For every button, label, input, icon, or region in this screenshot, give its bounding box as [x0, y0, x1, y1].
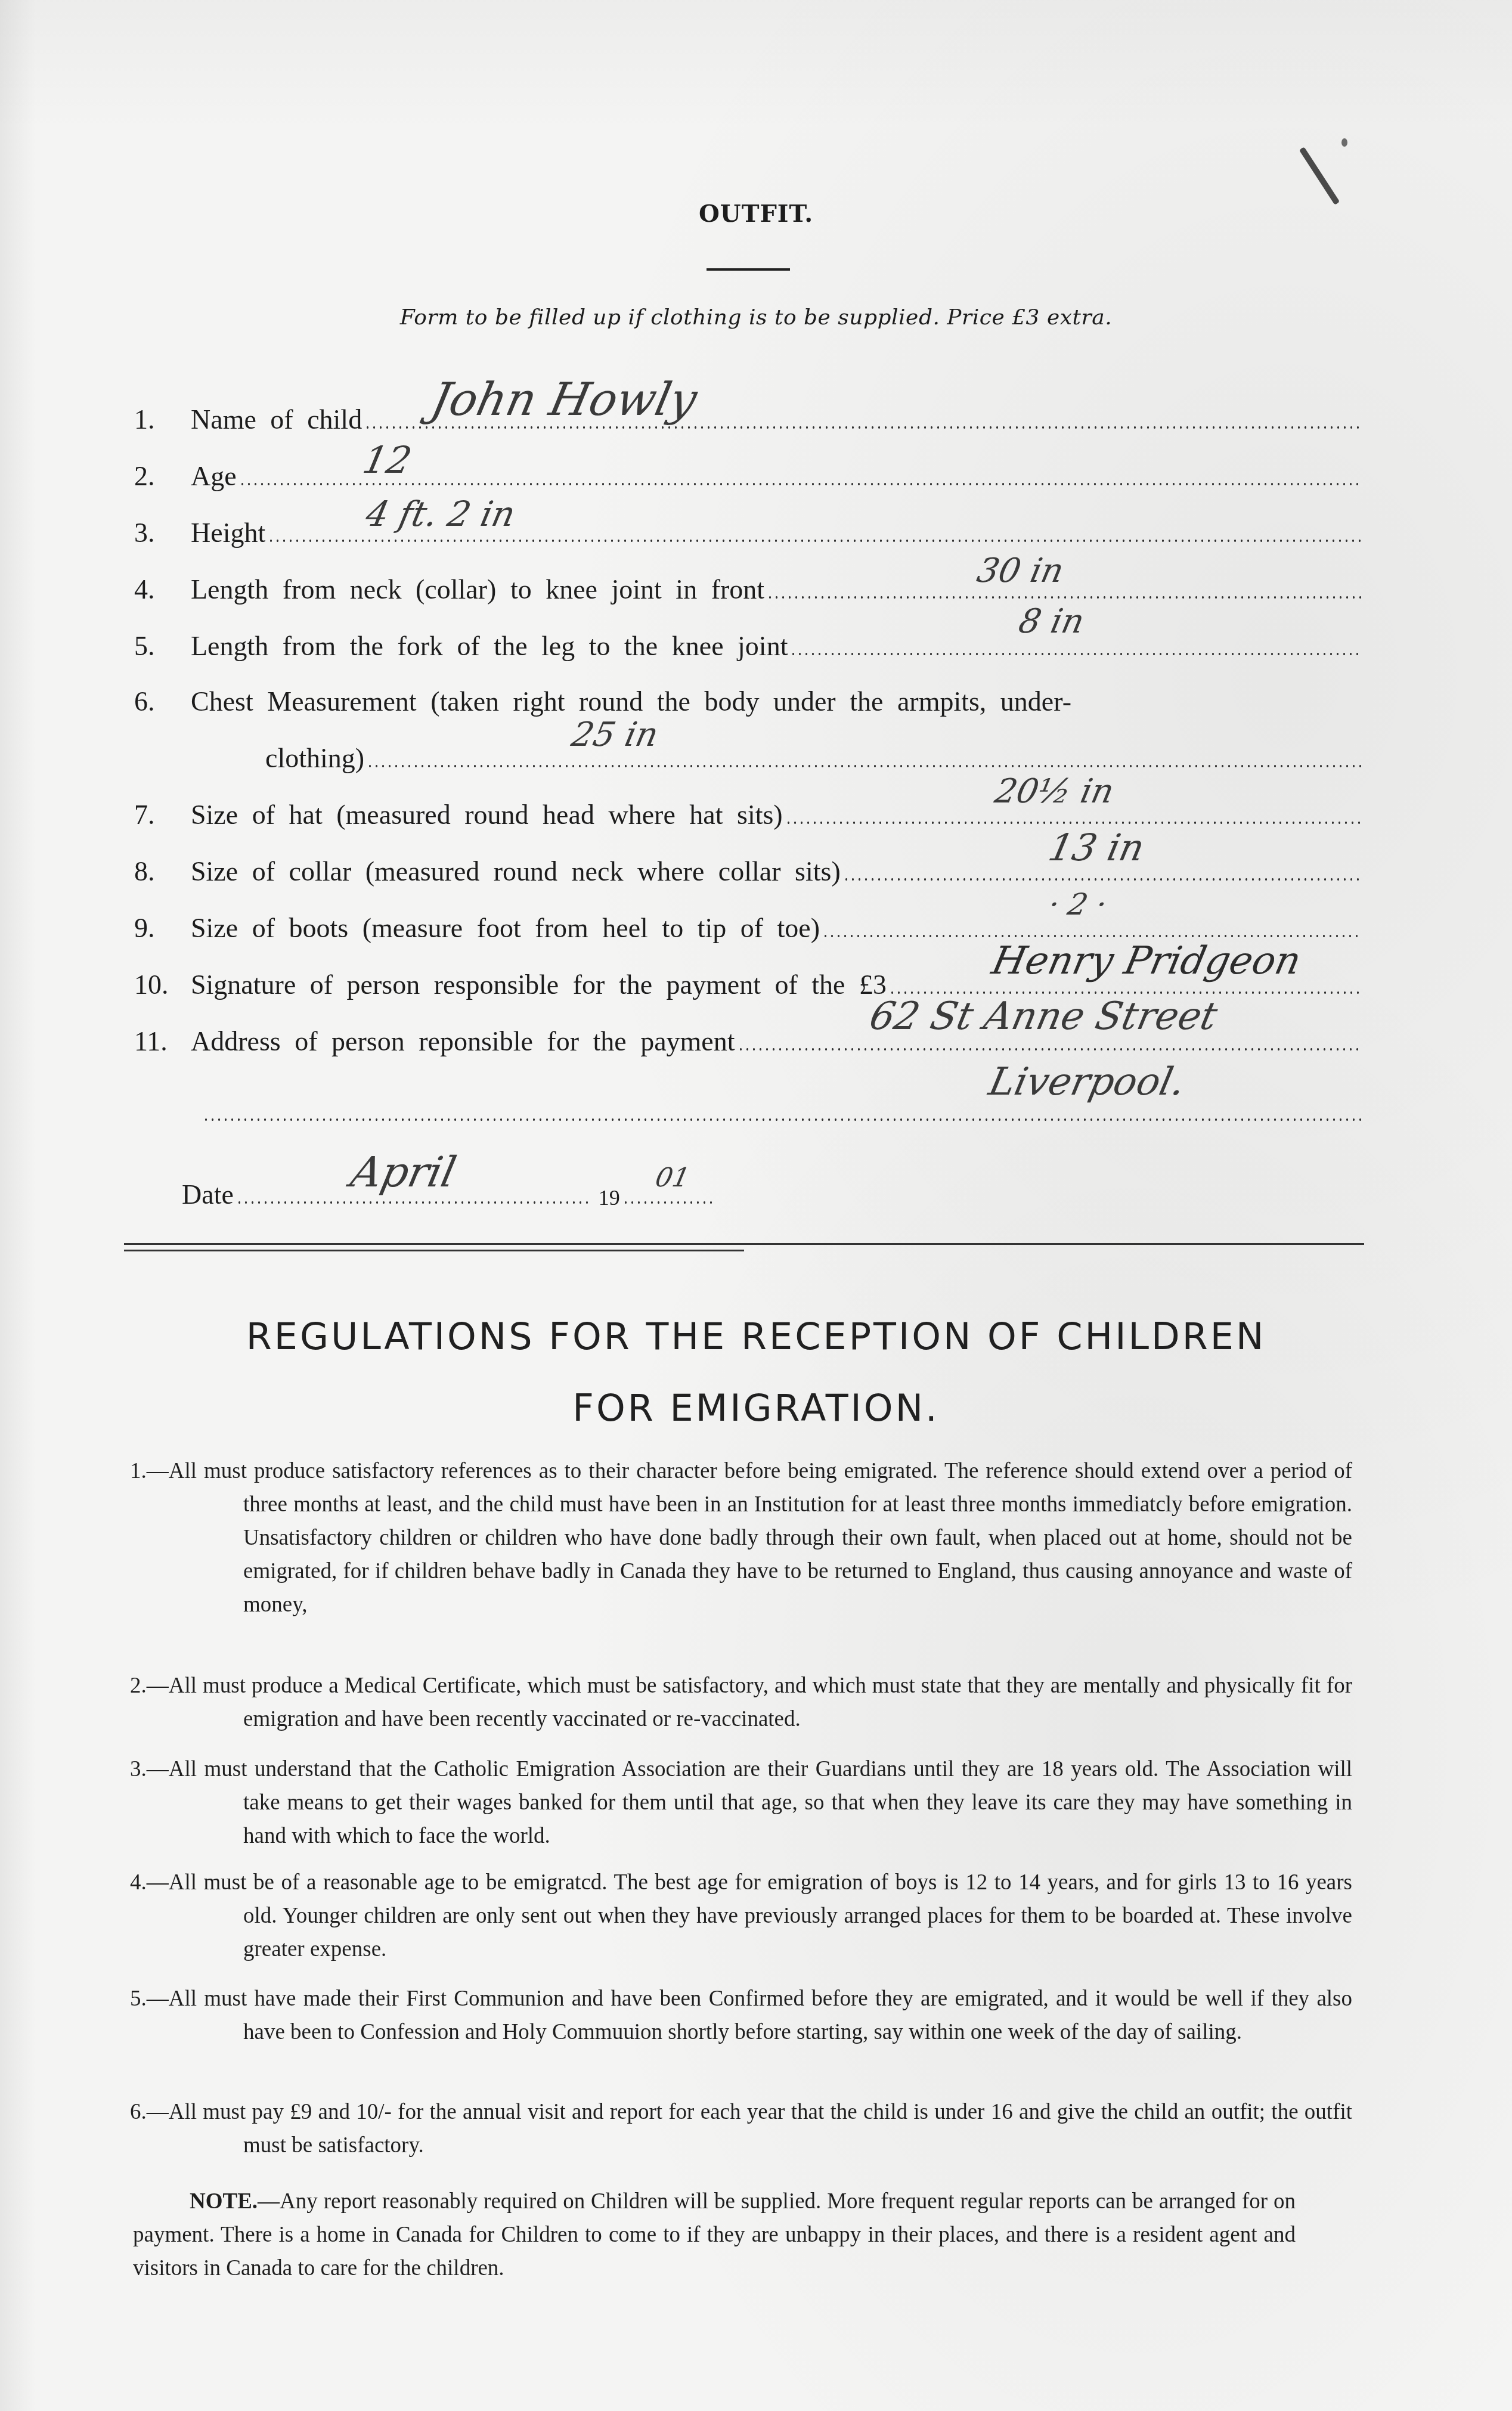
rule-text: All must have made their First Communion… [169, 1987, 1352, 2044]
field-name-of-child: 1. Name of child [134, 393, 1362, 435]
separator-rule [124, 1243, 1364, 1245]
handwritten-hat: 20½ in [992, 772, 1117, 811]
field-number: 4. [134, 574, 191, 605]
rule-number: 6. [130, 2100, 147, 2124]
field-height: 3. Height [134, 507, 1362, 548]
field-chest: 6. Chest Measurement (taken right round … [134, 675, 1362, 717]
field-label: Size of boots (measure foot from heel to… [191, 912, 820, 944]
handwritten-chest: 25 in [568, 715, 662, 754]
handwritten-date-year: 01 [653, 1163, 693, 1193]
field-neck-to-knee: 4. Length from neck (collar) to knee joi… [134, 563, 1362, 605]
regulations-note: NOTE.—Any report reasonably required on … [133, 2185, 1296, 2285]
field-label: Chest Measurement (taken right round the… [191, 686, 1071, 717]
regulation-rule-3: 3.—All must understand that the Catholic… [130, 1753, 1352, 1853]
dotted-line [239, 482, 1362, 486]
rule-text: All must pay £9 and 10/- for the annual … [169, 2100, 1352, 2158]
outfit-subtitle: Form to be filled up if clothing is to b… [0, 305, 1512, 330]
handwritten-name: John Howly [427, 373, 702, 426]
field-number: 1. [134, 404, 191, 435]
field-number: 2. [134, 460, 191, 492]
regulation-rule-6: 6.—All must pay £9 and 10/- for the annu… [130, 2096, 1352, 2162]
dotted-line [843, 878, 1362, 881]
note-text: Any report reasonably required on Childr… [133, 2189, 1296, 2280]
field-label: clothing) [265, 742, 364, 774]
separator-rule-short [124, 1250, 744, 1251]
field-chest-cont: clothing) [265, 732, 1362, 774]
field-label: Size of collar (measured round neck wher… [191, 856, 841, 887]
handwritten-address-line2: Liverpool. [985, 1060, 1189, 1104]
rule-text: All must produce satisfactory references… [169, 1459, 1352, 1617]
field-label: Address of person reponsible for the pay… [191, 1025, 735, 1057]
handwritten-signature: Henry Pridgeon [988, 939, 1305, 983]
dotted-line [822, 934, 1362, 938]
handwritten-address-line1: 62 St Anne Street [866, 994, 1221, 1039]
dotted-line [738, 1048, 1362, 1051]
rule-text: All must produce a Medical Certificate, … [169, 1674, 1352, 1731]
title-rule [707, 268, 790, 271]
rule-number: 1. [130, 1459, 147, 1483]
dotted-line [364, 426, 1362, 429]
rule-number: 3. [130, 1757, 147, 1781]
note-label: NOTE. [190, 2189, 258, 2214]
rule-number: 4. [130, 1870, 147, 1895]
regulation-rule-1: 1.—All must produce satisfactory referen… [130, 1455, 1352, 1622]
field-number: 8. [134, 856, 191, 887]
date-year-dotted-line [622, 1201, 712, 1204]
handwritten-height: 4 ft. 2 in [362, 494, 519, 534]
dotted-line [767, 596, 1362, 599]
regulation-rule-5: 5.—All must have made their First Commun… [130, 1982, 1352, 2049]
handwritten-boots: · 2 · [1046, 887, 1110, 922]
field-label: Height [191, 517, 265, 548]
regulation-rule-4: 4.—All must be of a reasonable age to be… [130, 1866, 1352, 1966]
field-number: 7. [134, 799, 191, 830]
handwritten-date-month: April [346, 1148, 460, 1197]
field-label: Size of hat (measured round head where h… [191, 799, 783, 830]
field-label: Length from the fork of the leg to the k… [191, 630, 788, 662]
rule-text: All must be of a reasonable age to be em… [169, 1870, 1352, 1961]
field-number: 9. [134, 912, 191, 944]
rule-number: 5. [130, 1987, 147, 2011]
regulations-heading: REGULATIONS FOR THE RECEPTION OF CHILDRE… [0, 1315, 1512, 1358]
field-label: Signature of person responsible for the … [191, 969, 887, 1000]
field-number: 3. [134, 517, 191, 548]
regulation-rule-2: 2.—All must produce a Medical Certificat… [130, 1669, 1352, 1736]
ink-dot [1341, 138, 1347, 147]
field-number: 5. [134, 630, 191, 662]
field-number: 11. [134, 1025, 191, 1057]
field-age: 2. Age [134, 450, 1362, 492]
field-label: Length from neck (collar) to knee joint … [191, 574, 764, 605]
regulations-heading-line2: FOR EMIGRATION. [0, 1386, 1512, 1430]
field-boots: 9. Size of boots (measure foot from heel… [134, 902, 1362, 944]
handwritten-age: 12 [359, 438, 415, 482]
rule-number: 2. [130, 1674, 147, 1698]
date-field: Date 19 [182, 1169, 838, 1210]
field-hat: 7. Size of hat (measured round head wher… [134, 789, 1362, 830]
handwritten-fork-to-knee: 8 in [1015, 602, 1087, 641]
dotted-line [367, 764, 1362, 768]
field-label: Name of child [191, 404, 362, 435]
date-year-prefix: 19 [599, 1185, 620, 1210]
field-fork-to-knee: 5. Length from the fork of the leg to th… [134, 620, 1362, 662]
dotted-line [785, 821, 1362, 825]
handwritten-collar: 13 in [1045, 826, 1148, 869]
dotted-line [268, 539, 1362, 543]
rule-text: All must understand that the Catholic Em… [169, 1757, 1352, 1848]
dotted-line [790, 652, 1362, 656]
field-number: 10. [134, 969, 191, 1000]
field-label: Age [191, 460, 237, 492]
field-collar: 8. Size of collar (measured round neck w… [134, 845, 1362, 887]
field-number: 6. [134, 686, 191, 717]
handwritten-neck-to-knee: 30 in [974, 551, 1067, 590]
outfit-title: OUTFIT. [0, 200, 1512, 228]
date-label: Date [182, 1179, 234, 1210]
date-dotted-line [236, 1201, 588, 1204]
address-dotted-line [203, 1118, 1362, 1121]
